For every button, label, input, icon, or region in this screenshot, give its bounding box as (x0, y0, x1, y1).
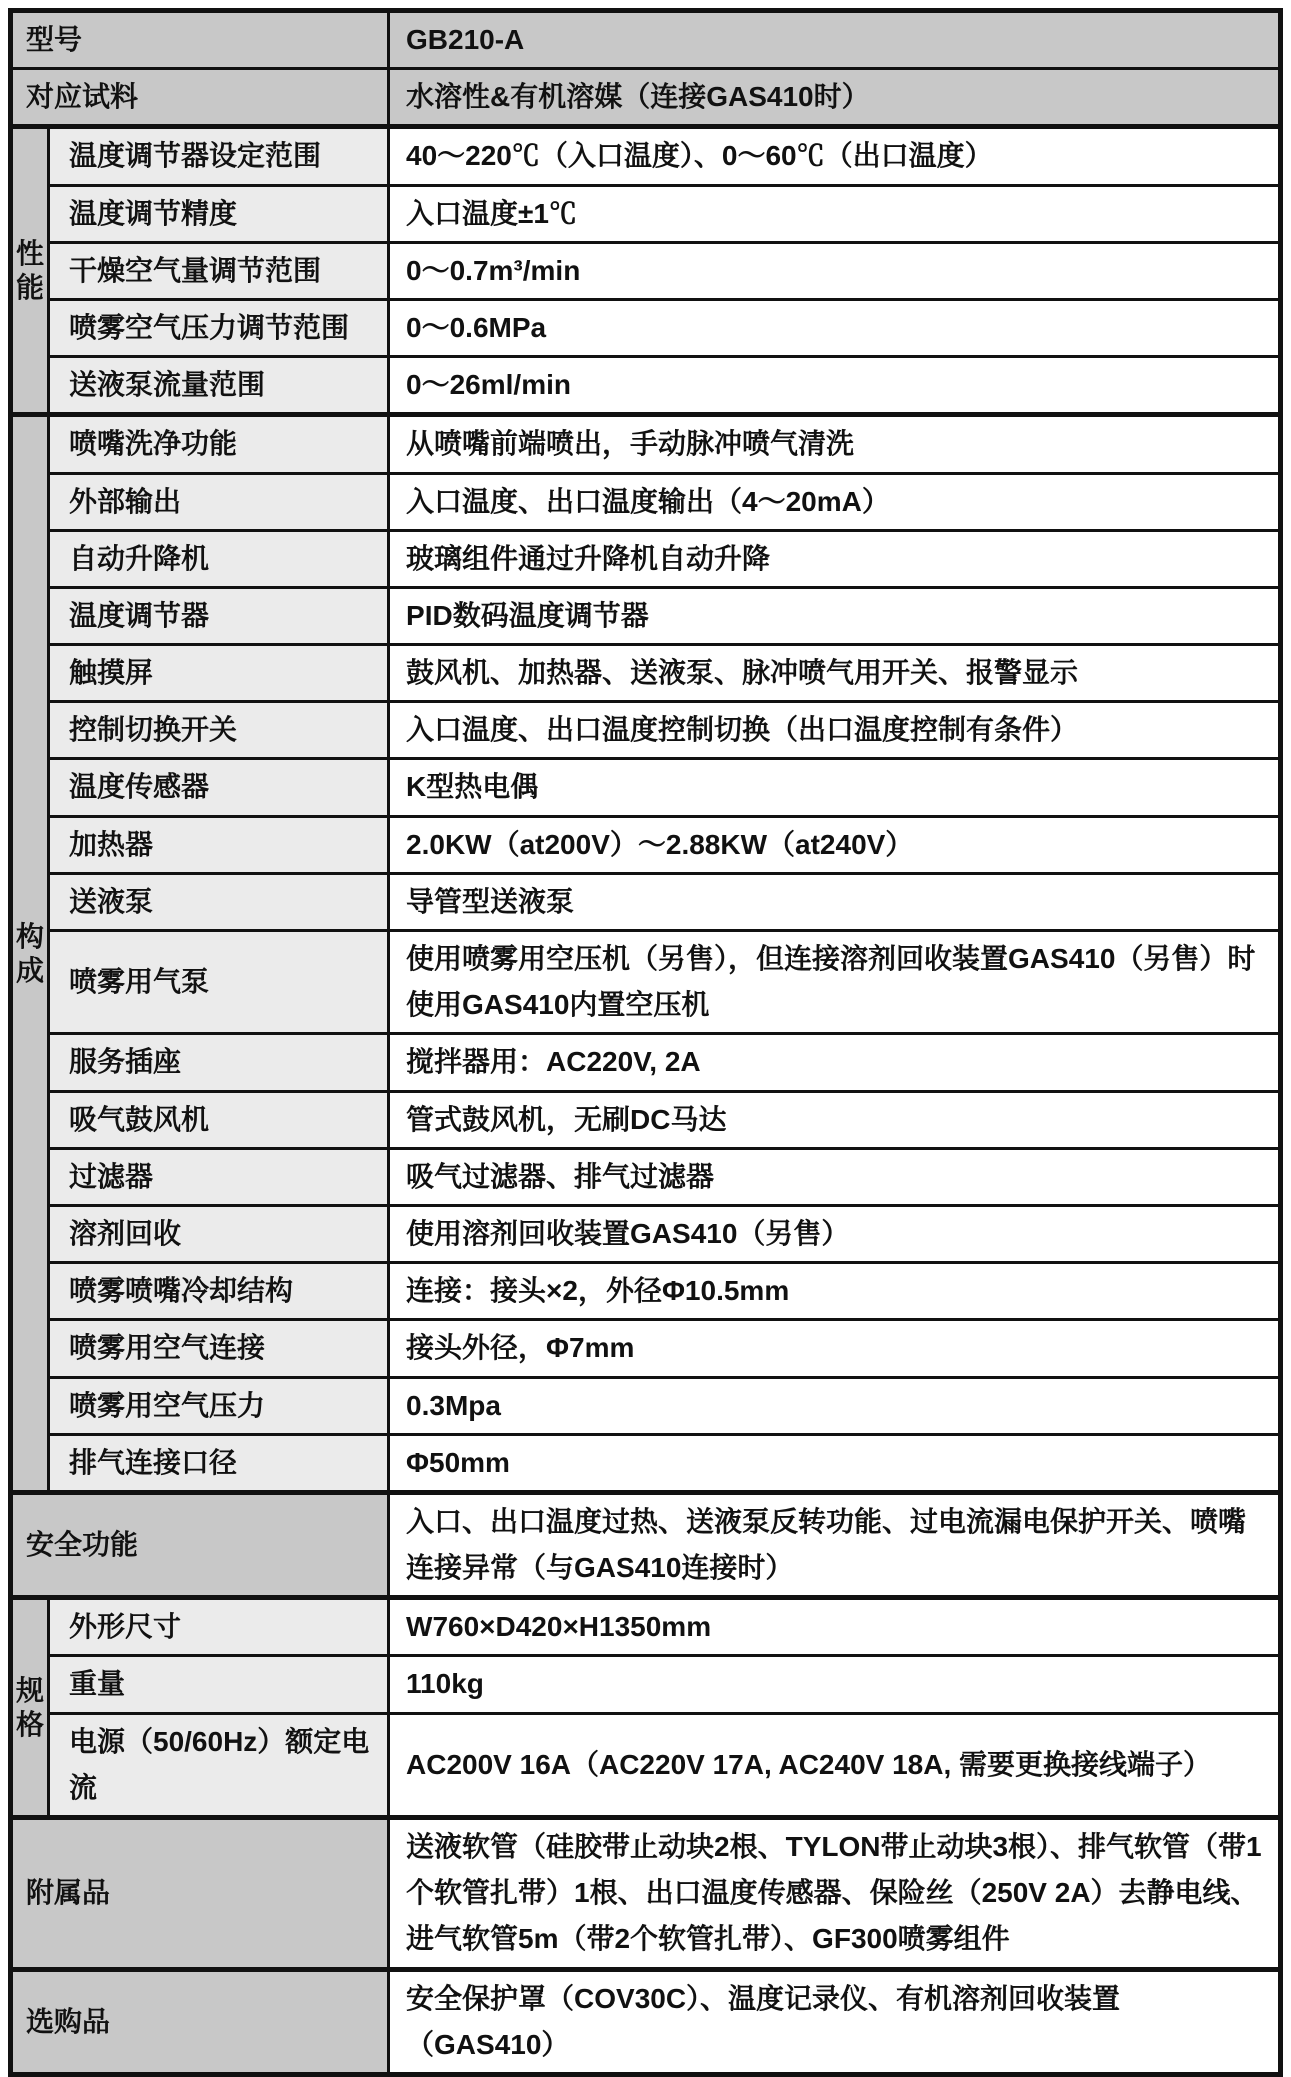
build-row-auto-lift: 自动升降机 玻璃组件通过升降机自动升降 (11, 530, 1281, 587)
row-value: 吸气过滤器、排气过滤器 (389, 1148, 1281, 1205)
build-row-spray-air-pressure: 喷雾用空气压力 0.3Mpa (11, 1377, 1281, 1434)
build-row-nozzle-clean: 构成 喷嘴洗净功能 从喷嘴前端喷出，手动脉冲喷气清洗 (11, 415, 1281, 473)
row-value: 0～26ml/min (389, 357, 1281, 415)
row-label: 吸气鼓风机 (49, 1091, 389, 1148)
row-value: 导管型送液泵 (389, 873, 1281, 930)
safety-row: 安全功能 入口、出口温度过热、送液泵反转功能、过电流漏电保护开关、喷嘴连接异常（… (11, 1492, 1281, 1597)
row-value: AC200V 16A（AC220V 17A, AC240V 18A, 需要更换接… (389, 1713, 1281, 1817)
build-row-temp-sensor: 温度传感器 K型热电偶 (11, 759, 1281, 816)
row-label: 加热器 (49, 816, 389, 873)
accessories-row: 附属品 送液软管（硅胶带止动块2根、TYLON带止动块3根）、排气软管（带1个软… (11, 1818, 1281, 1970)
build-row-spray-air-connect: 喷雾用空气连接 接头外径，Φ7mm (11, 1320, 1281, 1377)
sample-row: 对应试料 水溶性&有机溶媒（连接GAS410时） (11, 69, 1281, 127)
sample-value: 水溶性&有机溶媒（连接GAS410时） (389, 69, 1281, 127)
accessories-label: 附属品 (11, 1818, 389, 1970)
build-row-spray-air-pump: 喷雾用气泵 使用喷雾用空压机（另售），但连接溶剂回收装置GAS410（另售）时使… (11, 931, 1281, 1034)
row-label: 服务插座 (49, 1034, 389, 1091)
row-label: 控制切换开关 (49, 702, 389, 759)
spec-row-dimensions: 规格 外形尺寸 W760×D420×H1350mm (11, 1598, 1281, 1656)
model-row: 型号 GB210-A (11, 11, 1281, 69)
row-label: 自动升降机 (49, 530, 389, 587)
build-row-nozzle-cooling: 喷雾喷嘴冷却结构 连接：接头×2，外径Φ10.5mm (11, 1263, 1281, 1320)
row-label: 送液泵流量范围 (49, 357, 389, 415)
row-label: 喷雾喷嘴冷却结构 (49, 1263, 389, 1320)
row-label: 干燥空气量调节范围 (49, 242, 389, 299)
row-label: 触摸屏 (49, 645, 389, 702)
row-value: 使用喷雾用空压机（另售），但连接溶剂回收装置GAS410（另售）时使用GAS41… (389, 931, 1281, 1034)
row-value: 入口温度、出口温度控制切换（出口温度控制有条件） (389, 702, 1281, 759)
row-label: 电源（50/60Hz）额定电流 (49, 1713, 389, 1817)
row-value: 入口温度、出口温度输出（4～20mA） (389, 473, 1281, 530)
model-value: GB210-A (389, 11, 1281, 69)
row-value: 0.3Mpa (389, 1377, 1281, 1434)
row-label: 喷嘴洗净功能 (49, 415, 389, 473)
row-label: 过滤器 (49, 1148, 389, 1205)
build-row-service-outlet: 服务插座 搅拌器用：AC220V, 2A (11, 1034, 1281, 1091)
safety-value: 入口、出口温度过热、送液泵反转功能、过电流漏电保护开关、喷嘴连接异常（与GAS4… (389, 1492, 1281, 1597)
build-row-heater: 加热器 2.0KW（at200V）～2.88KW（at240V） (11, 816, 1281, 873)
row-value: 40～220℃（入口温度）、0～60℃（出口温度） (389, 127, 1281, 185)
row-label: 送液泵 (49, 873, 389, 930)
build-row-exhaust-diameter: 排气连接口径 Φ50mm (11, 1434, 1281, 1492)
safety-label: 安全功能 (11, 1492, 389, 1597)
accessories-value: 送液软管（硅胶带止动块2根、TYLON带止动块3根）、排气软管（带1个软管扎带）… (389, 1818, 1281, 1970)
row-value: 搅拌器用：AC220V, 2A (389, 1034, 1281, 1091)
row-value: 110kg (389, 1656, 1281, 1713)
perf-row-spray-pressure: 喷雾空气压力调节范围 0～0.6MPa (11, 299, 1281, 356)
optional-row: 选购品 安全保护罩（COV30C）、温度记录仪、有机溶剂回收装置（GAS410） (11, 1969, 1281, 2074)
perf-row-temp-accuracy: 温度调节精度 入口温度±1℃ (11, 185, 1281, 242)
build-row-ext-output: 外部输出 入口温度、出口温度输出（4～20mA） (11, 473, 1281, 530)
row-value: 管式鼓风机，无刷DC马达 (389, 1091, 1281, 1148)
perf-group-label: 性能 (11, 127, 49, 415)
optional-value: 安全保护罩（COV30C）、温度记录仪、有机溶剂回收装置（GAS410） (389, 1969, 1281, 2074)
build-row-suction-blower: 吸气鼓风机 管式鼓风机，无刷DC马达 (11, 1091, 1281, 1148)
row-value: 0～0.6MPa (389, 299, 1281, 356)
row-label: 温度调节器设定范围 (49, 127, 389, 185)
row-value: 使用溶剂回收装置GAS410（另售） (389, 1205, 1281, 1262)
spec-row-weight: 重量 110kg (11, 1656, 1281, 1713)
build-row-temp-controller: 温度调节器 PID数码温度调节器 (11, 587, 1281, 644)
row-label: 喷雾用空气压力 (49, 1377, 389, 1434)
build-row-control-switch: 控制切换开关 入口温度、出口温度控制切换（出口温度控制有条件） (11, 702, 1281, 759)
spec-row-power: 电源（50/60Hz）额定电流 AC200V 16A（AC220V 17A, A… (11, 1713, 1281, 1817)
spec-table: 型号 GB210-A 对应试料 水溶性&有机溶媒（连接GAS410时） 性能 温… (8, 8, 1283, 2077)
row-label: 喷雾空气压力调节范围 (49, 299, 389, 356)
row-label: 溶剂回收 (49, 1205, 389, 1262)
row-label: 喷雾用气泵 (49, 931, 389, 1034)
optional-label: 选购品 (11, 1969, 389, 2074)
row-label: 温度传感器 (49, 759, 389, 816)
build-row-filter: 过滤器 吸气过滤器、排气过滤器 (11, 1148, 1281, 1205)
spec-group-label: 规格 (11, 1598, 49, 1818)
build-row-liquid-pump: 送液泵 导管型送液泵 (11, 873, 1281, 930)
model-label: 型号 (11, 11, 389, 69)
row-value: 入口温度±1℃ (389, 185, 1281, 242)
row-label: 喷雾用空气连接 (49, 1320, 389, 1377)
row-value: 接头外径，Φ7mm (389, 1320, 1281, 1377)
row-label: 排气连接口径 (49, 1434, 389, 1492)
perf-row-temp-range: 性能 温度调节器设定范围 40～220℃（入口温度）、0～60℃（出口温度） (11, 127, 1281, 185)
perf-row-air-volume: 干燥空气量调节范围 0～0.7m³/min (11, 242, 1281, 299)
row-value: Φ50mm (389, 1434, 1281, 1492)
row-value: 连接：接头×2，外径Φ10.5mm (389, 1263, 1281, 1320)
perf-row-pump-flow: 送液泵流量范围 0～26ml/min (11, 357, 1281, 415)
row-value: 鼓风机、加热器、送液泵、脉冲喷气用开关、报警显示 (389, 645, 1281, 702)
row-label: 外部输出 (49, 473, 389, 530)
row-value: 从喷嘴前端喷出，手动脉冲喷气清洗 (389, 415, 1281, 473)
row-value: K型热电偶 (389, 759, 1281, 816)
row-value: 2.0KW（at200V）～2.88KW（at240V） (389, 816, 1281, 873)
row-label: 温度调节精度 (49, 185, 389, 242)
row-value: W760×D420×H1350mm (389, 1598, 1281, 1656)
row-label: 温度调节器 (49, 587, 389, 644)
sample-label: 对应试料 (11, 69, 389, 127)
build-group-label: 构成 (11, 415, 49, 1493)
row-value: PID数码温度调节器 (389, 587, 1281, 644)
row-value: 0～0.7m³/min (389, 242, 1281, 299)
row-value: 玻璃组件通过升降机自动升降 (389, 530, 1281, 587)
build-row-touchscreen: 触摸屏 鼓风机、加热器、送液泵、脉冲喷气用开关、报警显示 (11, 645, 1281, 702)
row-label: 外形尺寸 (49, 1598, 389, 1656)
build-row-solvent-recovery: 溶剂回收 使用溶剂回收装置GAS410（另售） (11, 1205, 1281, 1262)
row-label: 重量 (49, 1656, 389, 1713)
spec-sheet-page: 型号 GB210-A 对应试料 水溶性&有机溶媒（连接GAS410时） 性能 温… (0, 0, 1291, 1645)
